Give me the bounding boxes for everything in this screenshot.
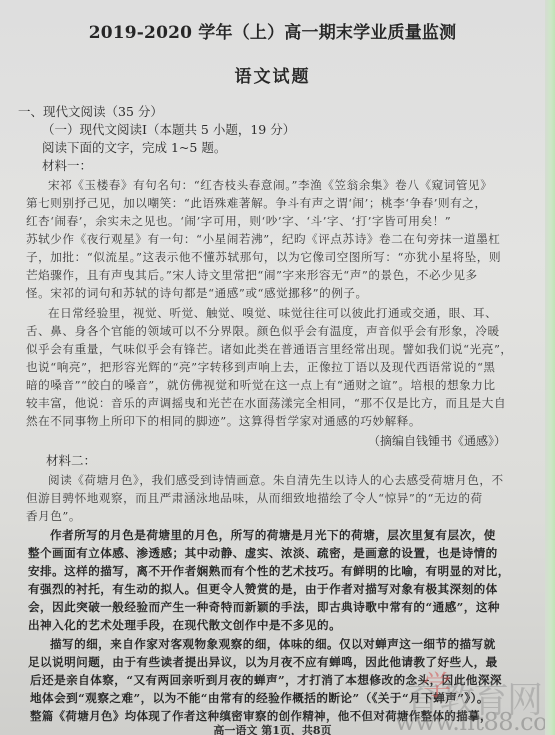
- paragraph-line: 有强烈的衬托，有生动的拟人。但更令人赞赏的是，由于作者对描写对象有极其深刻的体: [28, 582, 498, 596]
- page-footer: 高一语文 第1页，共8页: [0, 722, 545, 735]
- paragraph-line: 也说“响亮”，把形容光辉的“亮”字转移到声响上去，正像拉丁语以及现代西语常说的“…: [26, 360, 496, 374]
- paragraph-line: 地体会到“观察之难”，以为不能“由常有的经验作概括的断论”（《关于“月下蝉声”》…: [30, 691, 489, 705]
- paragraph-line: 安排。这样的描写，离不开作者娴熟而有个性的艺术技巧。有鲜明的比喻，有明显的对比，: [28, 564, 510, 578]
- paragraph-line: 怪。宋祁的词句和苏轼的诗句都是“通感”或“感觉挪移”的例子。: [26, 286, 368, 300]
- paragraph-line: 描写的细，来自作家对客观物象观察的细，体味的细。仅以对蝉声这一细节的描写就: [50, 637, 496, 651]
- paragraph-line: 第七则别抒己见，加以嘲笑：“此语殊难著解。争斗有声之谓‘闹’；桃李‘争春’则有之…: [26, 196, 487, 210]
- material-1-label: 材料一：: [42, 159, 92, 173]
- subsection-heading: （一）现代文阅读Ⅰ（本题共 5 小题，19 分）: [42, 123, 295, 137]
- paragraph-line: 阅读《荷塘月色》，我们感受到诗情画意。朱自清先生以诗人的心去感受荷塘月色，不: [48, 473, 504, 487]
- material-1-source: （摘编自钱锺书《通感》）: [368, 434, 506, 448]
- paragraph-line: 苏轼少作《夜行观星》有一句：“小星闹若沸”，纪昀《评点苏诗》卷二在句旁抹一道墨杠: [26, 232, 500, 246]
- paragraph-line: 足以说明问题，由于有些读者提出异议，以为月夜不应有蝉鸣，因此他请教了好些人，最: [28, 655, 498, 669]
- section-heading: 一、现代文阅读（35 分）: [18, 105, 163, 119]
- paragraph-line: 暗的嗓音”“皎白的嗓音”，就仿佛视觉和听觉在这一点上有“通财之谊”。培根的想象力…: [26, 378, 496, 392]
- exam-subtitle: 语文试题: [0, 62, 545, 87]
- paragraph-line: 芒焰骤作，且有声曳其后。”宋人诗文里常把“闹”字来形容无“声”的景色，不必少见多: [26, 268, 478, 282]
- paragraph-line: 但游目骋怀地观察，而且严肃涵泳地品味，从而细致地描绘了令人“惊异”的“无边的荷: [26, 491, 483, 505]
- exam-title: 2019-2020 学年（上）高一期末学业质量监测: [0, 18, 545, 43]
- paragraph-line: 作者所写的月色是荷塘里的月色，所写的荷塘是月光下的荷塘，层次里复有层次，使: [50, 528, 496, 542]
- paragraph-line: 整篇《荷塘月色》均体现了作者这种缜密审察的创作精神，他不但对荷塘作整体的描摹，: [30, 709, 492, 723]
- paragraph-line: 然在不同事物上所印下的相同的脚迹”。这算得哲学家对通感的巧妙解释。: [26, 414, 421, 428]
- paragraph-line: 子，加批：“似流星。”这表示他不懂苏轼那句，以为它像司空图所写：“亦犹小星将坠，…: [26, 250, 501, 264]
- paragraph-line: 后还是亲自体察，“又有两回亲听到月夜的蝉声”，才打消了本想修改的念头，因此他深深: [30, 673, 502, 687]
- paragraph-line: 出神入化的艺术处理手段，在现代散文创作中是不多见的。: [28, 618, 341, 632]
- material-2-label: 材料二：: [46, 454, 96, 468]
- paragraph-line: 较丰富，他说：音乐的声调摇曳和光芒在水面荡漾完全相同，“那不仅是比方，而且是大自: [26, 396, 506, 410]
- exam-page: 2019-2020 学年（上）高一期末学业质量监测 语文试题 一、现代文阅读（3…: [0, 0, 545, 735]
- paragraph-line: 似乎会有重量，气味似乎会有锋芒。诸如此类在普通语言里经常出现。譬如我们说“光亮”…: [26, 342, 513, 356]
- paragraph-line: 在日常经验里，视觉、听觉、触觉、嗅觉、味觉往往可以彼此打通或交通，眼、耳、: [48, 306, 497, 320]
- paragraph-line: 红杏‘闹春’，余实未之见也。‘闹’字可用，则‘吵’字、‘斗’字、‘打’字皆可用矣…: [26, 214, 451, 228]
- paragraph-line: 香月色”。: [26, 509, 81, 523]
- paragraph-line: 宋祁《玉楼春》有句名句：“红杏枝头春意闹。”李渔《笠翁余集》卷八《窥词管见》: [48, 178, 492, 192]
- page-edge-strip: [545, 0, 555, 735]
- paragraph-line: 会，因此突破一般经验而产生一种奇特而新颖的手法，即古典诗歌中常有的“通感”，这种: [28, 600, 500, 614]
- paragraph-line: 舌、鼻、身各个官能的领域可以不分界限。颜色似乎会有温度，声音似乎会有形象，冷暖: [26, 324, 500, 338]
- paragraph-line: 整个画面有立体感、渗透感；其中动静、虚实、浓淡、疏密，是画意的设置，也是诗情的: [28, 546, 498, 560]
- instruction-text: 阅读下面的文字，完成 1~5 题。: [42, 141, 226, 155]
